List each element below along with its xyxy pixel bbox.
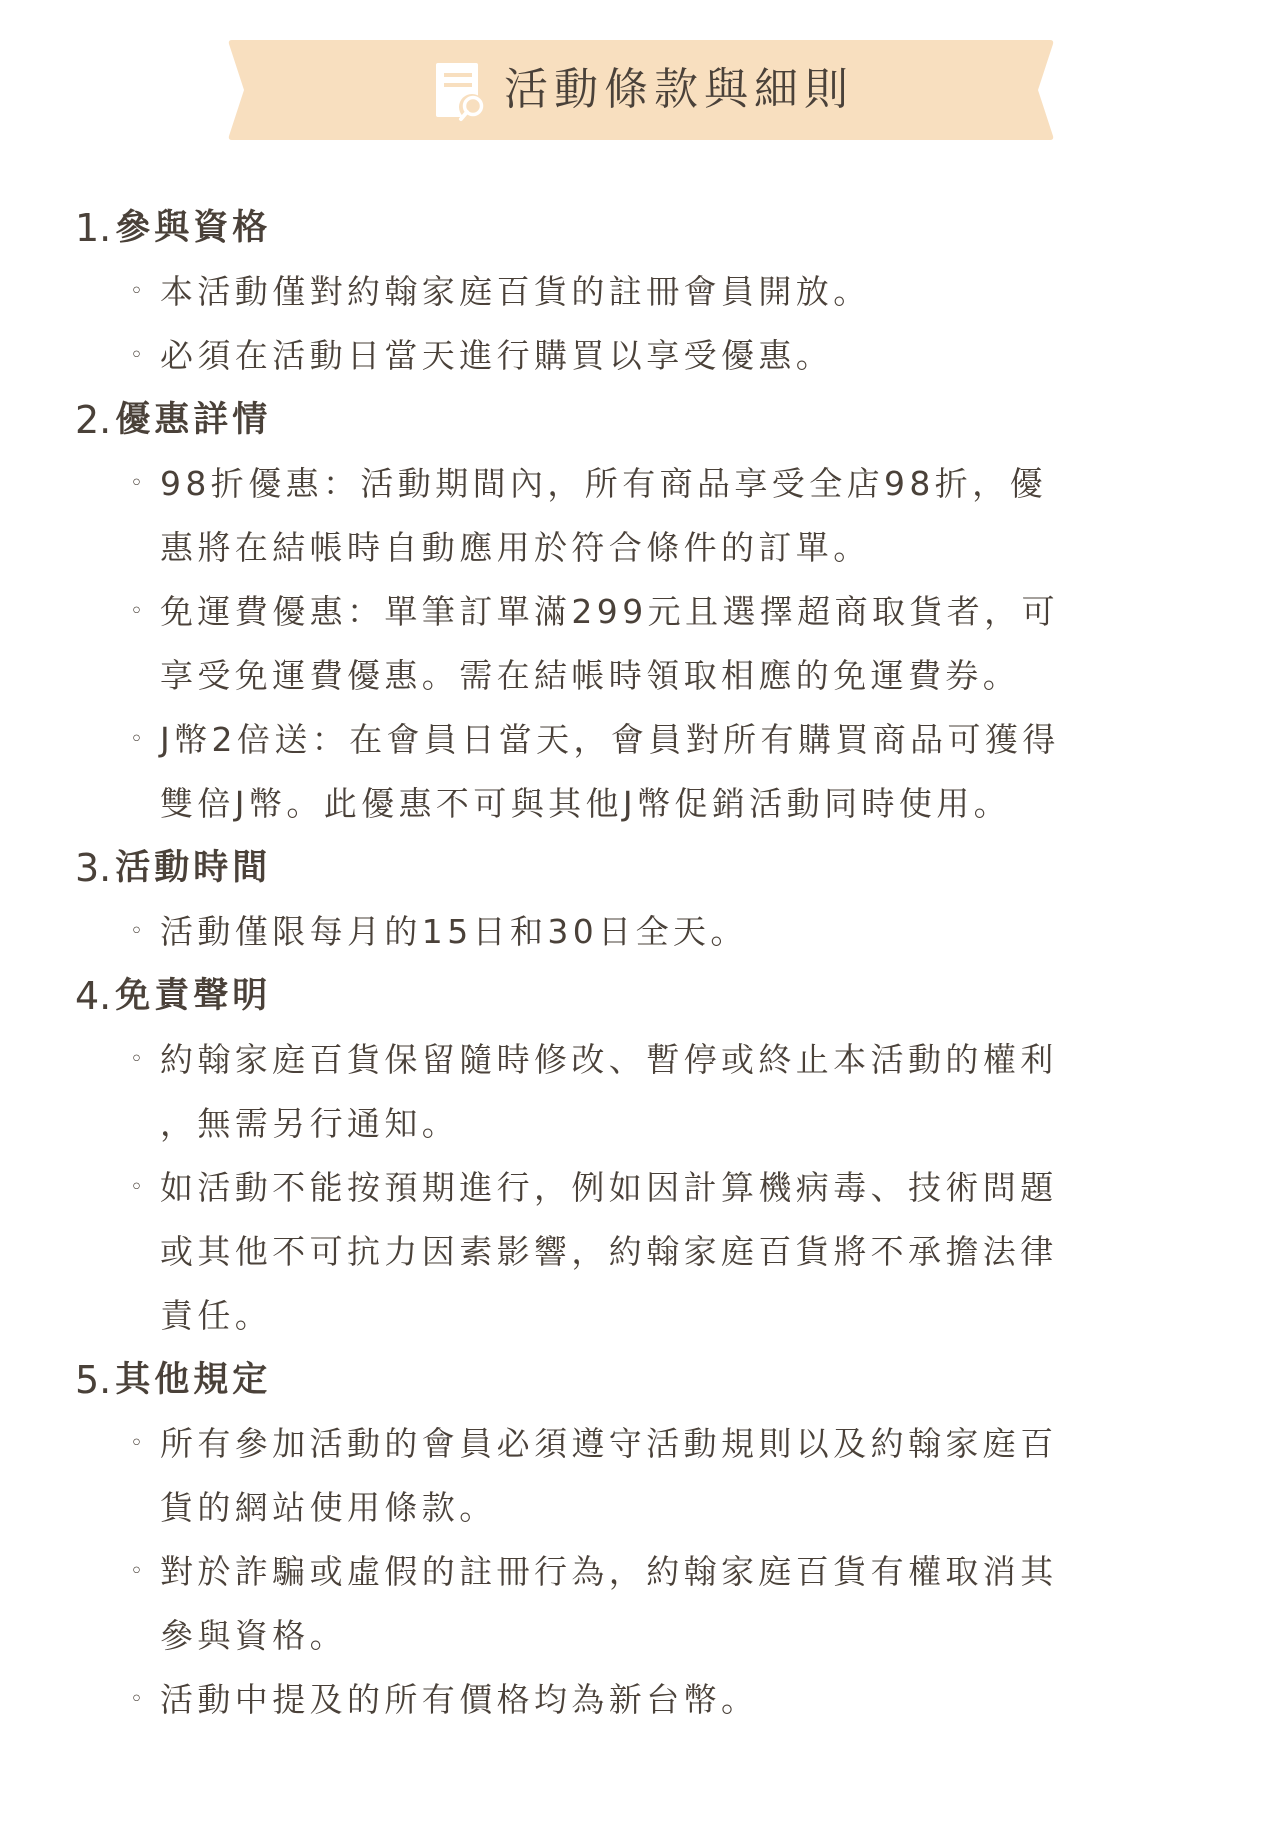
list-item-text: 必須在活動日當天進行購買以享受優惠。 [160,324,1215,388]
title-banner: 活動條款與細則 [228,40,1054,140]
list-item-text: 約翰家庭百貨保留隨時修改、暫停或終止本活動的權利 [160,1028,1215,1092]
list-item: ◦ 對於詐騙或虛假的註冊行為，約翰家庭百貨有權取消其 參與資格。 [75,1540,1215,1668]
section-title: 活動時間 [115,836,271,900]
section-heading: 4. 免責聲明 [75,964,1215,1028]
bullet-circle-icon: ◦ [130,1412,143,1476]
section-title: 參與資格 [115,196,271,260]
section-title: 免責聲明 [115,964,271,1028]
list-item-text: 所有參加活動的會員必須遵守活動規則以及約翰家庭百 [160,1412,1215,1476]
list-item: ◦ 98折優惠：活動期間內，所有商品享受全店98折，優 惠將在結帳時自動應用於符… [75,452,1215,580]
list-item: ◦ 免運費優惠：單筆訂單滿299元且選擇超商取貨者，可 享受免運費優惠。需在結帳… [75,580,1215,708]
list-item-text: 98折優惠：活動期間內，所有商品享受全店98折，優 [160,452,1215,516]
section-number: 3. [75,836,111,900]
list-item-text: 參與資格。 [160,1604,1215,1668]
list-item: ◦ J幣2倍送：在會員日當天，會員對所有購買商品可獲得 雙倍J幣。此優惠不可與其… [75,708,1215,836]
bullet-circle-icon: ◦ [130,452,143,516]
terms-list: 1. 參與資格 ◦ 本活動僅對約翰家庭百貨的註冊會員開放。 ◦ 必須在活動日當天… [75,196,1215,1732]
list-item-text: 惠將在結帳時自動應用於符合條件的訂單。 [160,516,1215,580]
bullet-circle-icon: ◦ [130,1540,143,1604]
bullet-circle-icon: ◦ [130,900,143,964]
list-item-text: 享受免運費優惠。需在結帳時領取相應的免運費券。 [160,644,1215,708]
page-title: 活動條款與細則 [504,68,854,112]
list-item: ◦ 所有參加活動的會員必須遵守活動規則以及約翰家庭百 貨的網站使用條款。 [75,1412,1215,1540]
section-other-rules: 5. 其他規定 ◦ 所有參加活動的會員必須遵守活動規則以及約翰家庭百 貨的網站使… [75,1348,1215,1732]
list-item-text: 對於詐騙或虛假的註冊行為，約翰家庭百貨有權取消其 [160,1540,1215,1604]
list-item-text: 雙倍J幣。此優惠不可與其他J幣促銷活動同時使用。 [160,772,1215,836]
list-item: ◦ 本活動僅對約翰家庭百貨的註冊會員開放。 [75,260,1215,324]
list-item: ◦ 活動中提及的所有價格均為新台幣。 [75,1668,1215,1732]
list-item-text: ，無需另行通知。 [160,1092,1215,1156]
list-item-text: 活動中提及的所有價格均為新台幣。 [160,1668,1215,1732]
bullet-circle-icon: ◦ [130,580,143,644]
list-item-text: 活動僅限每月的15日和30日全天。 [160,900,1215,964]
list-item-text: 免運費優惠：單筆訂單滿299元且選擇超商取貨者，可 [160,580,1215,644]
bullet-circle-icon: ◦ [130,1028,143,1092]
list-item-text: 貨的網站使用條款。 [160,1476,1215,1540]
banner-content: 活動條款與細則 [228,40,1054,140]
list-item: ◦ 約翰家庭百貨保留隨時修改、暫停或終止本活動的權利 ，無需另行通知。 [75,1028,1215,1156]
section-number: 5. [75,1348,111,1412]
bullet-circle-icon: ◦ [130,1156,143,1220]
section-event-time: 3. 活動時間 ◦ 活動僅限每月的15日和30日全天。 [75,836,1215,964]
list-item-text: 或其他不可抗力因素影響，約翰家庭百貨將不承擔法律 [160,1220,1215,1284]
list-item: ◦ 活動僅限每月的15日和30日全天。 [75,900,1215,964]
bullet-circle-icon: ◦ [130,1668,143,1732]
list-item: ◦ 必須在活動日當天進行購買以享受優惠。 [75,324,1215,388]
section-title: 其他規定 [115,1348,271,1412]
list-item-text: 本活動僅對約翰家庭百貨的註冊會員開放。 [160,260,1215,324]
list-item-text: 如活動不能按預期進行，例如因計算機病毒、技術問題 [160,1156,1215,1220]
section-title: 優惠詳情 [115,388,271,452]
section-eligibility: 1. 參與資格 ◦ 本活動僅對約翰家庭百貨的註冊會員開放。 ◦ 必須在活動日當天… [75,196,1215,388]
bullet-circle-icon: ◦ [130,324,143,388]
section-heading: 5. 其他規定 [75,1348,1215,1412]
section-number: 1. [75,196,111,260]
list-item: ◦ 如活動不能按預期進行，例如因計算機病毒、技術問題 或其他不可抗力因素影響，約… [75,1156,1215,1348]
section-heading: 3. 活動時間 [75,836,1215,900]
bullet-circle-icon: ◦ [130,260,143,324]
document-search-icon [428,59,490,123]
section-offer-details: 2. 優惠詳情 ◦ 98折優惠：活動期間內，所有商品享受全店98折，優 惠將在結… [75,388,1215,836]
section-number: 4. [75,964,111,1028]
section-number: 2. [75,388,111,452]
list-item-text: 責任。 [160,1284,1215,1348]
section-heading: 2. 優惠詳情 [75,388,1215,452]
list-item-text: J幣2倍送：在會員日當天，會員對所有購買商品可獲得 [160,708,1215,772]
section-heading: 1. 參與資格 [75,196,1215,260]
section-disclaimer: 4. 免責聲明 ◦ 約翰家庭百貨保留隨時修改、暫停或終止本活動的權利 ，無需另行… [75,964,1215,1348]
bullet-circle-icon: ◦ [130,708,143,772]
